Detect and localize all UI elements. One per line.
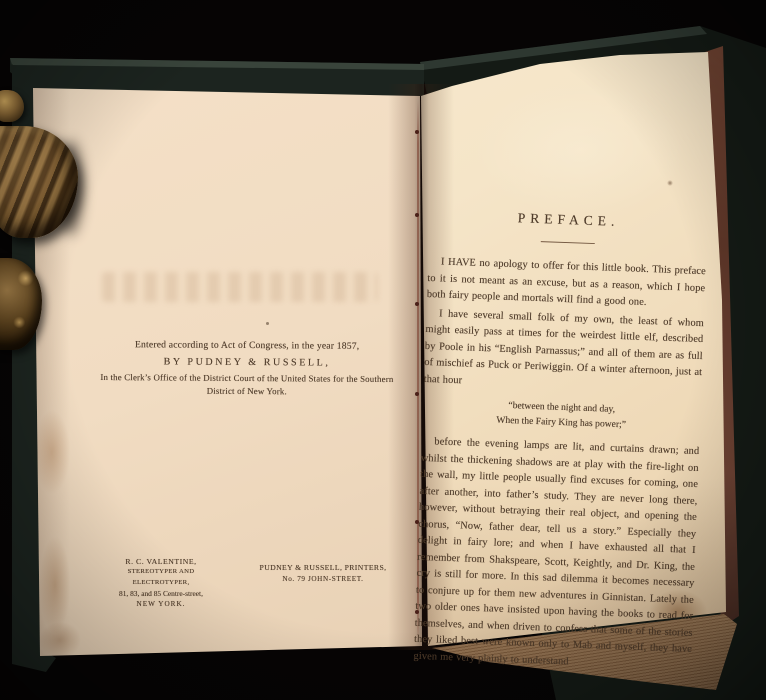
- ink-speck: [266, 322, 269, 325]
- stitch-dot: [415, 392, 419, 396]
- copyright-publisher-line: BY PUDNEY & RUSSELL,: [98, 352, 396, 373]
- copyright-notice: Entered according to Act of Congress, in…: [98, 337, 396, 399]
- show-through-ghost-text: [102, 272, 378, 302]
- stereotyper-imprint: R. C. VALENTINE, STEREOTYPER AND ELECTRO…: [100, 556, 222, 610]
- imprint-line: NEW YORK.: [100, 599, 222, 610]
- bronze-stand-ornament-tip: [0, 90, 24, 122]
- bronze-stand-ornament-upper: [0, 126, 78, 238]
- preface-verse: “between the night and day, When the Fai…: [422, 396, 701, 435]
- stitch-dot: [415, 302, 419, 306]
- preface-page-text: PREFACE. I HAVE no apology to offer for …: [413, 207, 708, 677]
- stitch-dot: [415, 213, 419, 217]
- photo-of-open-antique-book: Entered according to Act of Congress, in…: [0, 0, 766, 700]
- preface-paragraph-1: I HAVE no apology to offer for this litt…: [426, 254, 706, 314]
- imprint-line: No. 79 JOHN-STREET.: [256, 574, 390, 586]
- imprint-line: STEREOTYPER AND ELECTROTYPER,: [100, 567, 222, 588]
- preface-title: PREFACE.: [429, 207, 707, 233]
- copyright-line: District of New York.: [98, 384, 396, 399]
- imprint-line: PUDNEY & RUSSELL, PRINTERS,: [256, 562, 390, 574]
- stitch-dot: [415, 130, 419, 134]
- copyright-line: In the Clerk’s Office of the District Co…: [98, 371, 396, 386]
- bronze-stand-ornament-lower: [0, 258, 42, 350]
- preface-paragraph-2: I have several small folk of my own, the…: [423, 305, 704, 398]
- copyright-line: Entered according to Act of Congress, in…: [98, 337, 396, 354]
- title-rule: [541, 241, 595, 244]
- preface-paragraph-3: before the evening lamps are lit, and cu…: [413, 434, 699, 675]
- imprint-line: 81, 83, and 85 Centre-street,: [100, 588, 222, 599]
- printer-imprint: PUDNEY & RUSSELL, PRINTERS, No. 79 JOHN-…: [256, 562, 390, 586]
- imprint-line: R. C. VALENTINE,: [100, 556, 222, 567]
- ornament-shadow: [58, 140, 84, 236]
